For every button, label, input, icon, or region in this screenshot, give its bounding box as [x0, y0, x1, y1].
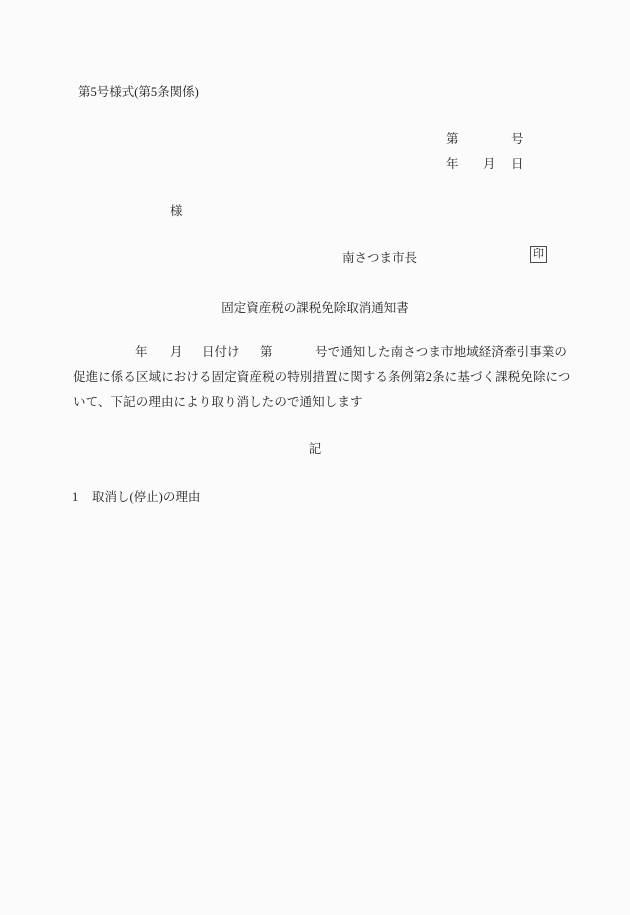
- body-line1-number-prefix: 第: [260, 346, 273, 359]
- body-line1-month: 月: [170, 346, 183, 359]
- document-title: 固定資産税の課税免除取消通知書: [0, 302, 630, 315]
- date-year-label: 年: [446, 158, 459, 171]
- seal-placeholder-box: 印: [530, 246, 547, 263]
- body-line1-day-dated: 日付け: [202, 346, 240, 359]
- record-heading: 記: [0, 443, 630, 456]
- body-line2: 促進に係る区域における固定資産税の特別措置に関する条例第2条に基づく課税免除につ: [73, 371, 571, 384]
- date-day-label: 日: [511, 158, 524, 171]
- date-month-label: 月: [483, 158, 496, 171]
- item1-number: 1: [72, 491, 78, 504]
- seal-label: 印: [533, 249, 544, 260]
- addressee-honorific: 様: [170, 205, 183, 218]
- doc-number-suffix: 号: [511, 133, 524, 146]
- form-number-label: 第5号様式(第5条関係): [78, 86, 199, 99]
- item1-label: 取消し(停止)の理由: [92, 491, 200, 504]
- body-line3: いて、下記の理由により取り消したので通知します: [73, 396, 363, 409]
- body-line1-year: 年: [135, 346, 148, 359]
- body-line1-rest: 号で通知した南さつま市地域経済牽引事業の: [315, 346, 567, 359]
- sender-mayor-name: 南さつま市長: [342, 252, 417, 265]
- doc-number-prefix: 第: [446, 133, 459, 146]
- document-page: 第5号様式(第5条関係) 第 号 年 月 日 様 南さつま市長 印 固定資産税の…: [0, 0, 630, 915]
